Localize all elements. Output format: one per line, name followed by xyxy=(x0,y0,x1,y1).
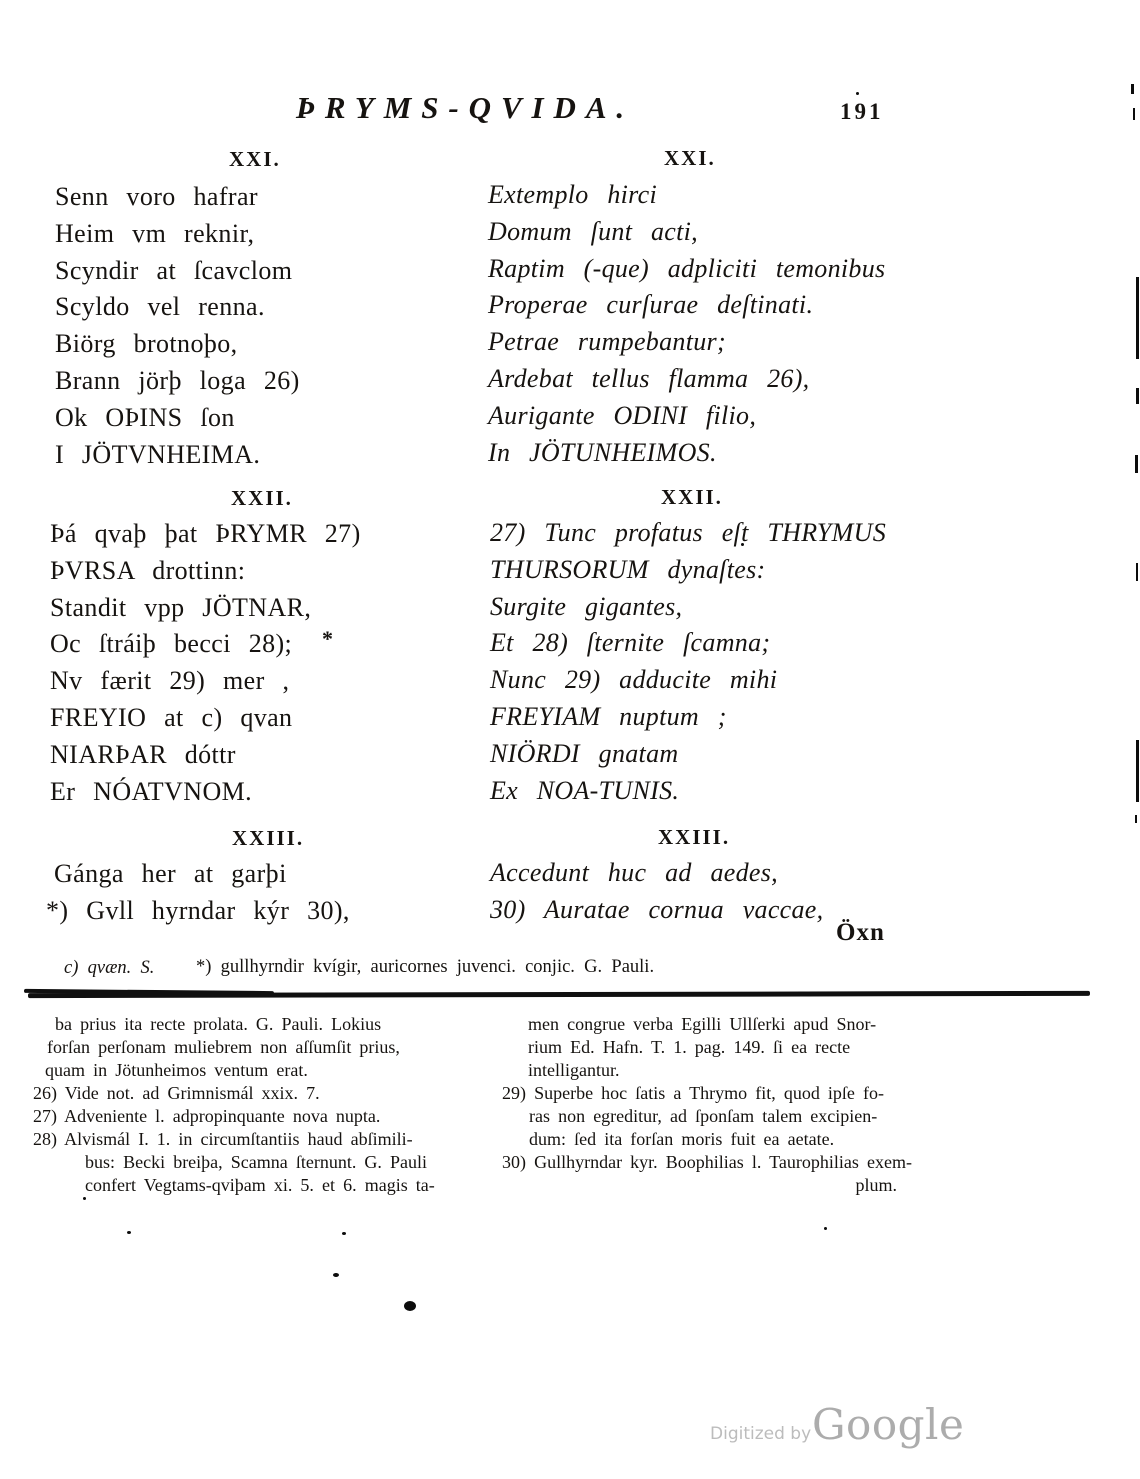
footnote-line: ba prius ita recte prolata. G. Pauli. Lo… xyxy=(33,1013,478,1036)
scan-artifact xyxy=(1135,815,1137,823)
scan-artifact xyxy=(1136,388,1139,404)
footnote-line: ras non egreditur, ad ſponſam talem exci… xyxy=(502,1105,897,1128)
verse-line: Scyldo vel renna. xyxy=(55,289,300,326)
verse-line: Heim vm reknir, xyxy=(55,216,300,253)
stanza-number: XXI. xyxy=(229,147,281,172)
ink-speck xyxy=(83,1197,86,1200)
footnote-line: plum. xyxy=(502,1174,897,1197)
verse-line: Properae curſurae deſtinati. xyxy=(488,287,885,324)
footnote-line: intelligantur. xyxy=(502,1059,897,1082)
latin-column: 27) Tunc profatus eſt THRYMUS THURSORUM … xyxy=(490,515,886,809)
footnote-line: 29) Superbe hoc ſatis a Thrymo fit, quod… xyxy=(502,1082,897,1105)
verse-line: ÞVRSA drottinn: xyxy=(50,553,361,590)
verse-line: Ardebat tellus flamma 26), xyxy=(488,361,885,398)
stanza-number: XXI. xyxy=(664,146,716,171)
verse-line: Extemplo hirci xyxy=(488,177,885,214)
stanza-number: XXII. xyxy=(661,485,723,510)
catchword: Öxn xyxy=(836,919,885,947)
page-number: 191 xyxy=(840,99,884,125)
old-norse-column: Senn voro hafrar Heim vm reknir, Scyndir… xyxy=(55,179,300,473)
verse-line: Biörg brotnoþo, xyxy=(55,326,300,363)
verse-line: Þá qvaþ þat ÞRYMR 27) xyxy=(50,516,361,553)
footnote-line: confert Vegtams-qviþam xi. 5. et 6. magi… xyxy=(33,1174,478,1197)
verse-line: Surgite gigantes, xyxy=(490,589,886,626)
footnote-line: dum: ſed ita forſan moris fuit ea aetate… xyxy=(502,1128,897,1151)
verse-line: Ex NOA-TUNIS. xyxy=(490,773,886,810)
verse-line: FREYIO at c) qvan xyxy=(50,700,361,737)
scan-artifact xyxy=(1131,84,1134,94)
scan-artifact xyxy=(1136,277,1139,359)
footnotes-right-column: men congrue verba Egilli Ullſerki apud S… xyxy=(502,1013,897,1197)
verse-line: Raptim (-que) adpliciti temonibus xyxy=(488,251,885,288)
book-page-scan: ÞRYMS-QVIDA. 191 XXI. XXI. Senn voro haf… xyxy=(0,0,1140,1479)
scan-artifact xyxy=(1136,740,1139,802)
stanza-number: XXIII. xyxy=(232,826,304,851)
verse-line: 30) Auratae cornua vaccae, xyxy=(490,892,823,929)
latin-column: Accedunt huc ad aedes, 30) Auratae cornu… xyxy=(490,855,823,929)
verse-line: Standit vpp JÖTNAR, xyxy=(50,590,361,627)
verse-line: Et 28) ſternite ſcamna; xyxy=(490,625,886,662)
scan-artifact xyxy=(1133,108,1135,120)
verse-line: Oc ſtráiþ becci 28); xyxy=(50,626,361,663)
verse-line: NIÖRDI gnatam xyxy=(490,736,886,773)
ink-speck xyxy=(856,92,859,95)
verse-line: Brann jörþ loga 26) xyxy=(55,363,300,400)
variant-reading: c) qvæn. S. xyxy=(64,958,154,979)
verse-line: NIARÞAR dóttr xyxy=(50,737,361,774)
footnote-line: 27) Adveniente l. adpropinquante nova nu… xyxy=(33,1105,478,1128)
verse-line: Nunc 29) adducite mihi xyxy=(490,662,886,699)
footnote-line: 30) Gullhyrndar kyr. Boophilias l. Tauro… xyxy=(502,1151,897,1174)
verse-line: Ok OÞINS ſon xyxy=(55,400,300,437)
ink-speck xyxy=(741,543,744,546)
verse-line: Gánga her at garþi xyxy=(46,856,350,893)
footnotes-left-column: ba prius ita recte prolata. G. Pauli. Lo… xyxy=(33,1013,478,1197)
footnote-line: quam in Jötunheimos ventum erat. xyxy=(33,1059,478,1082)
scan-artifact xyxy=(1136,563,1138,581)
footnote-line: bus: Becki breiþa, Scamna ſternunt. G. P… xyxy=(33,1151,478,1174)
verse-line: *) Gvll hyrndar kýr 30), xyxy=(46,893,350,930)
old-norse-column: Gánga her at garþi *) Gvll hyrndar kýr 3… xyxy=(46,856,350,930)
verse-line: Nv færit 29) mer , xyxy=(50,663,361,700)
old-norse-column: Þá qvaþ þat ÞRYMR 27) ÞVRSA drottinn: St… xyxy=(50,516,361,810)
verse-line: Scyndir at ſcavclom xyxy=(55,253,300,290)
latin-column: Extemplo hirci Domum ſunt acti, Raptim (… xyxy=(488,177,885,471)
stanza-number: XXIII. xyxy=(658,825,730,850)
footnote-line: 26) Vide not. ad Grimnismál xxix. 7. xyxy=(33,1082,478,1105)
ink-speck xyxy=(127,1231,131,1234)
verse-line: Accedunt huc ad aedes, xyxy=(490,855,823,892)
verse-line: Aurigante ODINI filio, xyxy=(488,398,885,435)
star-footnote: *) gullhyrndir kvígir, auricornes juvenc… xyxy=(196,957,654,978)
page-title: ÞRYMS-QVIDA. xyxy=(296,90,634,126)
verse-line: FREYIAM nuptum ; xyxy=(490,699,886,736)
verse-line: In JÖTUNHEIMOS. xyxy=(488,435,885,472)
google-logo: Google xyxy=(812,1402,964,1448)
verse-line: 27) Tunc profatus eſt THRYMUS xyxy=(490,515,886,552)
footnote-line: rium Ed. Hafn. T. 1. pag. 149. ſi ea rec… xyxy=(502,1036,897,1059)
scan-artifact xyxy=(1135,455,1138,473)
verse-line: Domum ſunt acti, xyxy=(488,214,885,251)
verse-line: I JÖTVNHEIMA. xyxy=(55,437,300,474)
verse-line: Er NÓATVNOM. xyxy=(50,774,361,811)
verse-line: Senn voro hafrar xyxy=(55,179,300,216)
ink-speck xyxy=(342,1232,346,1235)
stanza-number: XXII. xyxy=(231,486,293,511)
ink-speck xyxy=(333,1273,339,1277)
footnote-line: 28) Alvismál I. 1. in circumſtantiis hau… xyxy=(33,1128,478,1151)
digitized-by-label: Digitized by xyxy=(710,1424,811,1444)
star-reference-mark: * xyxy=(322,626,333,652)
footnote-line: forſan perſonam muliebrem non aſſumſit p… xyxy=(33,1036,478,1059)
ink-speck xyxy=(824,1227,827,1230)
footnote-line: men congrue verba Egilli Ullſerki apud S… xyxy=(502,1013,897,1036)
ink-speck xyxy=(404,1301,416,1311)
verse-line: THURSORUM dynaſtes: xyxy=(490,552,886,589)
verse-line: Petrae rumpebantur; xyxy=(488,324,885,361)
